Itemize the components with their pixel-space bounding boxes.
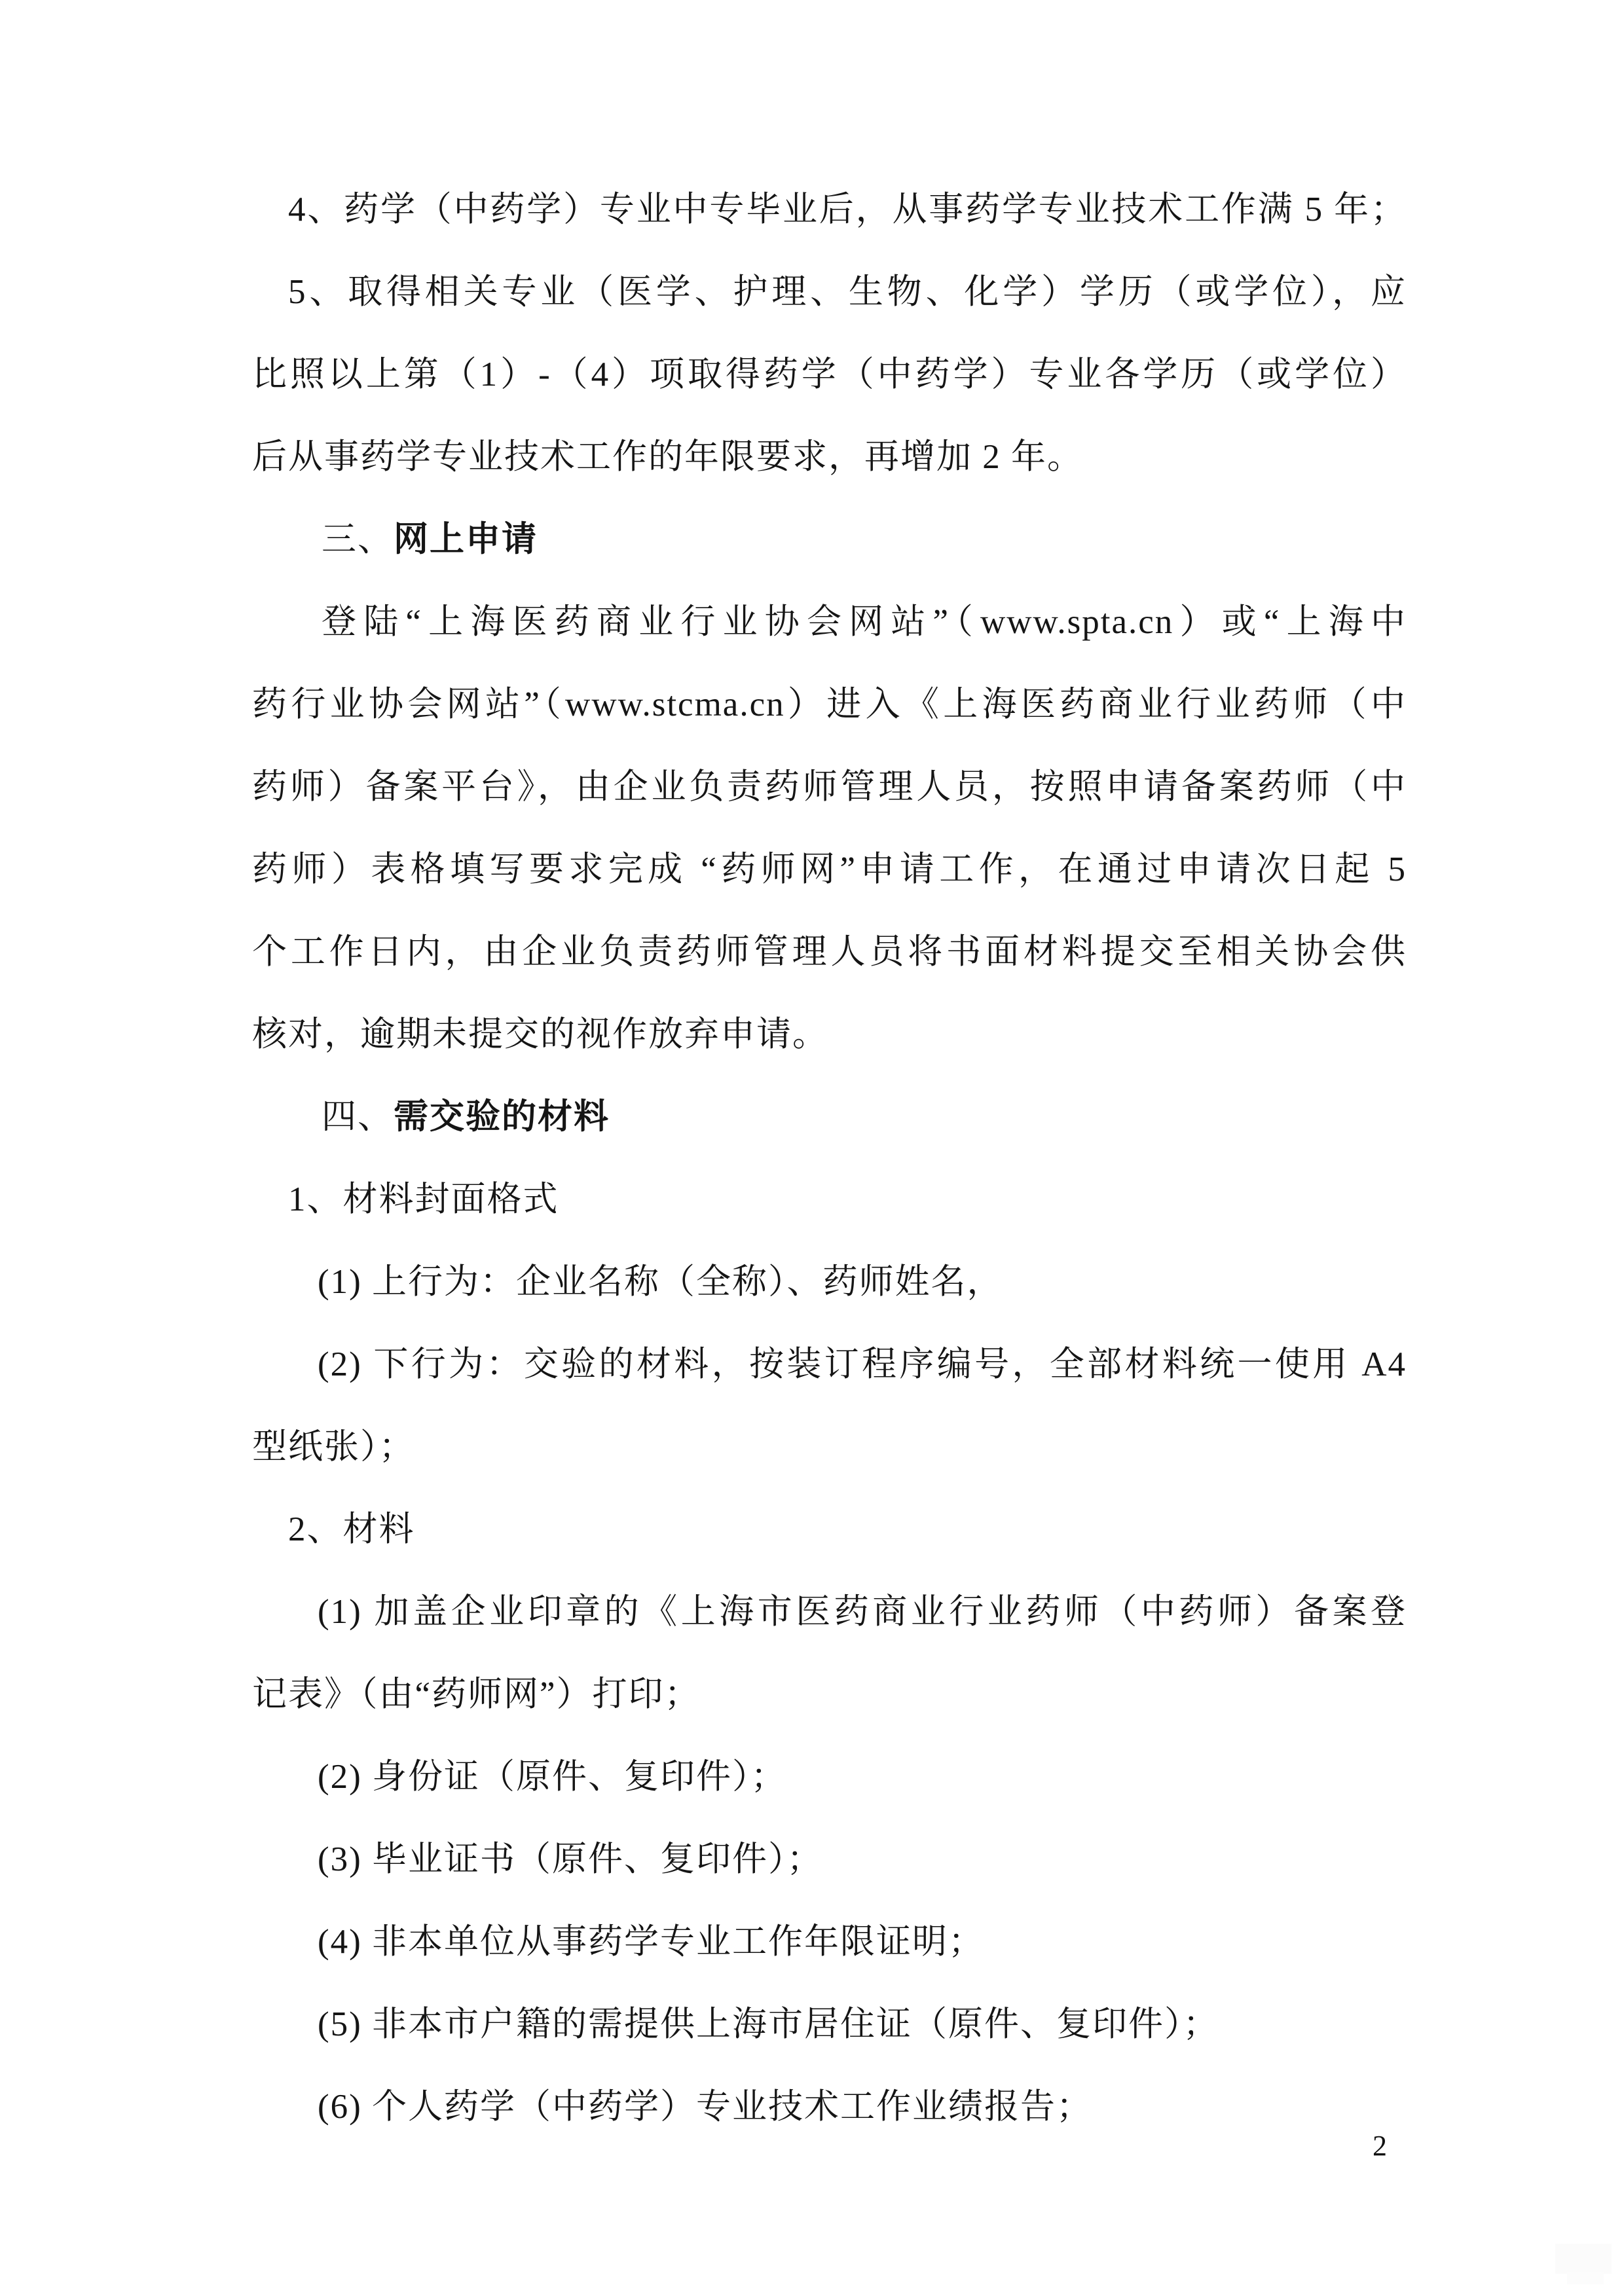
section-4-number: 四、: [322, 1098, 394, 1136]
materials-item: 2、材料: [252, 1488, 1407, 1571]
item-5-line: 5、取得相关专业（医学、护理、生物、化学）学历（或学位），应: [252, 251, 1407, 333]
scan-artifact-blob-large: [1555, 2244, 1612, 2274]
section-3-number: 三、: [322, 520, 394, 558]
materials-cover-format-item: 1、材料封面格式: [252, 1158, 1407, 1241]
section-4-heading: 四、需交验的材料: [252, 1076, 1407, 1158]
cover-sub-item-2-continuation: 型纸张）；: [252, 1406, 1407, 1488]
section-3-heading: 三、网上申请: [252, 498, 1407, 581]
material-sub-item-6: (6) 个人药学（中药学）专业技术工作业绩报告；: [252, 2066, 1407, 2148]
item-4-line: 4、药学（中药学）专业中专毕业后，从事药学专业技术工作满 5 年；: [252, 168, 1407, 251]
cover-sub-item-2: (2) 下行为：交验的材料，按装订程序编号，全部材料统一使用 A4: [252, 1323, 1407, 1406]
section-3-title: 网上申请: [394, 520, 538, 558]
page-number: 2: [1373, 2126, 1412, 2166]
scan-artifact-blob-small: [1567, 2272, 1604, 2284]
online-application-line-2: 药行业协会网站”（www.stcma.cn）进入《上海医药商业行业药师（中: [252, 663, 1407, 746]
material-sub-item-3: (3) 毕业证书（原件、复印件）；: [252, 1818, 1407, 1901]
material-sub-item-2: (2) 身份证（原件、复印件）；: [252, 1736, 1407, 1818]
online-application-line-3: 药师）备案平台》，由企业负责药师管理人员，按照申请备案药师（中: [252, 746, 1407, 828]
material-sub-item-1: (1) 加盖企业印章的《上海市医药商业行业药师（中药师）备案登: [252, 1571, 1407, 1653]
document-text-block: 4、药学（中药学）专业中专毕业后，从事药学专业技术工作满 5 年； 5、取得相关…: [252, 168, 1407, 2148]
material-sub-item-1-continuation: 记表》（由“药师网”）打印；: [252, 1653, 1407, 1736]
material-sub-item-4: (4) 非本单位从事药学专业工作年限证明；: [252, 1901, 1407, 1983]
document-page: 4、药学（中药学）专业中专毕业后，从事药学专业技术工作满 5 年； 5、取得相关…: [0, 0, 1624, 2296]
item-5-continuation-line-1: 比照以上第（1）-（4）项取得药学（中药学）专业各学历（或学位）: [252, 333, 1407, 416]
material-sub-item-5: (5) 非本市户籍的需提供上海市居住证（原件、复印件）；: [252, 1983, 1407, 2066]
online-application-line-1: 登陆“上海医药商业行业协会网站”（www.spta.cn）或“上海中: [252, 581, 1407, 663]
scan-artifact: [1555, 2244, 1612, 2284]
item-5-continuation-line-2: 后从事药学专业技术工作的年限要求，再增加 2 年。: [252, 416, 1407, 498]
online-application-line-5: 个工作日内，由企业负责药师管理人员将书面材料提交至相关协会供: [252, 911, 1407, 993]
online-application-line-4: 药师）表格填写要求完成 “药师网”申请工作，在通过申请次日起 5: [252, 828, 1407, 911]
cover-sub-item-1: (1) 上行为：企业名称（全称）、药师姓名，: [252, 1241, 1407, 1323]
online-application-line-6: 核对，逾期未提交的视作放弃申请。: [252, 993, 1407, 1076]
section-4-title: 需交验的材料: [394, 1098, 610, 1136]
